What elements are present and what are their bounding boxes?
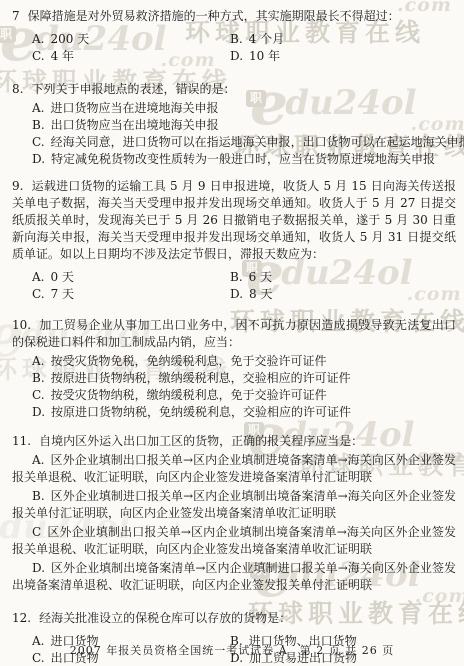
option-text: 6 天 [249,270,272,284]
option-text: 进口货物应当在进境地海关申报 [50,101,218,115]
question-stem: 9.运载进口货物的运输工具 5 月 9 日申报进境，收货人 5 月 15 日向海… [12,178,456,263]
option-label: B. [230,32,243,46]
question-stem-text: 自境内区外运入出口加工区的货物，正确的报关程序应当是： [39,434,363,448]
question-stem: 8.下列关于申报地点的表述，错误的是： [12,81,456,98]
option-9-c: C.7 天 [32,286,230,303]
option-text: 4 个月 [249,32,284,46]
question-number: 7 [12,9,20,23]
option-label: D. [230,49,243,63]
option-8-d: D.特定减免税货物改变性质转为一般进口时，应当在货物原进境地海关申报 [32,151,456,168]
option-9-d: D.8 天 [230,286,456,303]
option-11-c: C区外企业填制出口报关单→区内企业填制出境备案清单→海关向区外企业签发报关单退税… [12,524,456,558]
option-label: A. [32,270,44,284]
option-7-b: B.4 个月 [230,31,456,48]
option-label: A. [32,101,44,115]
option-label: C. [32,388,45,402]
question-stem: 7保障措施是对外贸易救济措施的一种方式，其实施期限最长不得超过： [12,8,456,25]
question-stem: 10.加工贸易企业从事加工出口业务中，因不可抗力原因造成损毁导致无法复出口的保税… [12,317,456,351]
question-10: 10.加工贸易企业从事加工出口业务中，因不可抗力原因造成损毁导致无法复出口的保税… [12,317,456,421]
option-8-b: B.出口货物应当在出境地海关申报 [32,117,456,134]
option-text: 特定减免税货物改变性质转为一般进口时，应当在货物原进境地海关申报 [51,152,435,166]
option-label: B. [32,118,45,132]
option-7-c: C.4 年 [32,48,230,65]
option-text: 按受灾货物免税，免纳缓税利息，免于交验许可证件 [50,354,326,368]
option-label: C. [32,49,45,63]
option-11-a: A.区外企业填制出口报关单→区内企业填制进境备案清单→海关向区外企业签发报关单退… [12,452,456,486]
option-7-d: D.10 年 [230,48,456,65]
question-number: 8. [12,82,23,96]
question-stem: 12.经海关批准设立的保税仓库可以存放的货物是： [12,610,456,627]
question-7: 7保障措施是对外贸易救济措施的一种方式，其实施期限最长不得超过： A.200 天… [12,8,456,65]
exam-page: .com 环球职业教育在线 职edu24ol.com 环球职业教育在线 职edu… [0,0,464,666]
option-label: A. [32,32,44,46]
option-text: 7 天 [51,287,74,301]
question-stem-text: 运载进口货物的运输工具 5 月 9 日申报进境，收货人 5 月 15 日向海关传… [12,179,456,261]
option-10-c: C.按受灾货物纳税，缴纳缓税利息，免于交验许可证件 [32,387,456,404]
option-text: 按受灾货物纳税，缴纳缓税利息，免于交验许可证件 [51,388,327,402]
question-number: 11. [12,434,31,448]
option-text: 4 年 [51,49,74,63]
option-text: 200 天 [50,32,89,46]
exam-questions: 7保障措施是对外贸易救济措施的一种方式，其实施期限最长不得超过： A.200 天… [12,8,456,666]
question-11: 11.自境内区外运入出口加工区的货物，正确的报关程序应当是： A.区外企业填制出… [12,433,456,594]
question-stem-text: 下列关于申报地点的表述，错误的是： [31,82,235,96]
option-9-b: B.6 天 [230,269,456,286]
option-label: D. [32,152,45,166]
option-9-a: A.0 天 [32,269,230,286]
option-text: 经海关同意，进口货物可以在指运地海关申报，出口货物可以在起运地海关申报 [51,135,464,149]
option-11-d: D.区外企业填制出境备案清单→区内企业填制进口报关单→海关向区外企业签发出境备案… [12,560,456,594]
option-label: B. [32,489,45,503]
option-text: 0 天 [50,270,73,284]
option-label: D. [230,287,243,301]
question-stem: 11.自境内区外运入出口加工区的货物，正确的报关程序应当是： [12,433,456,450]
option-text: 10 年 [249,49,280,63]
page-footer: 2007 年报关员资格全国统一考试试卷 A 第 2 页 共 26 页 [0,642,464,658]
option-label: A. [32,354,44,368]
option-10-a: A.按受灾货物免税，免纳缓税利息，免于交验许可证件 [32,353,456,370]
option-label: C. [32,287,45,301]
option-text: 按原进口货物纳税，免纳缓税利息，交验相应的许可证件 [51,405,351,419]
option-10-d: D.按原进口货物纳税，免纳缓税利息，交验相应的许可证件 [32,404,456,421]
option-11-b: B.区外企业填制进口报关单→区内企业填制出境备案清单→海关向区外企业签发报关单付… [12,488,456,522]
option-8-a: A.进口货物应当在进境地海关申报 [32,100,456,117]
option-label: C [32,525,41,539]
option-text: 出口货物应当在出境地海关申报 [51,118,219,132]
option-label: B. [32,371,45,385]
option-text: 8 天 [249,287,272,301]
option-text: 按原进口货物纳税，缴纳缓税利息，交验相应的许可证件 [51,371,351,385]
option-7-a: A.200 天 [32,31,230,48]
option-text: 区外企业填制出口报关单→区内企业填制出境备案清单→海关向区外企业签发报关单退税、… [12,525,456,556]
question-number: 10. [12,318,31,332]
option-text: 区外企业填制进口报关单→区内企业填制出境备案清单→海关向区外企业签发报关单付汇证… [12,489,456,520]
option-8-c: C.经海关同意，进口货物可以在指运地海关申报，出口货物可以在起运地海关申报 [32,134,456,151]
question-8: 8.下列关于申报地点的表述，错误的是： A.进口货物应当在进境地海关申报 B.出… [12,81,456,168]
option-label: D. [32,405,45,419]
option-label: D. [32,561,45,575]
option-label: B. [230,270,243,284]
option-label: A. [32,453,44,467]
question-number: 12. [12,611,31,625]
question-stem-text: 加工贸易企业从事加工出口业务中，因不可抗力原因造成损毁导致无法复出口的保税进口料… [12,318,456,349]
question-stem-text: 经海关批准设立的保税仓库可以存放的货物是： [39,611,291,625]
option-label: C. [32,135,45,149]
option-10-b: B.按原进口货物纳税，缴纳缓税利息，交验相应的许可证件 [32,370,456,387]
question-number: 9. [12,179,23,193]
option-text: 区外企业填制出口报关单→区内企业填制进境备案清单→海关向区外企业签发报关单退税、… [12,453,456,484]
question-stem-text: 保障措施是对外贸易救济措施的一种方式，其实施期限最长不得超过： [28,9,400,23]
option-text: 区外企业填制出境备案清单→区内企业填制进口报关单→海关向区外企业签发出境备案清单… [12,561,456,592]
question-9: 9.运载进口货物的运输工具 5 月 9 日申报进境，收货人 5 月 15 日向海… [12,178,456,303]
